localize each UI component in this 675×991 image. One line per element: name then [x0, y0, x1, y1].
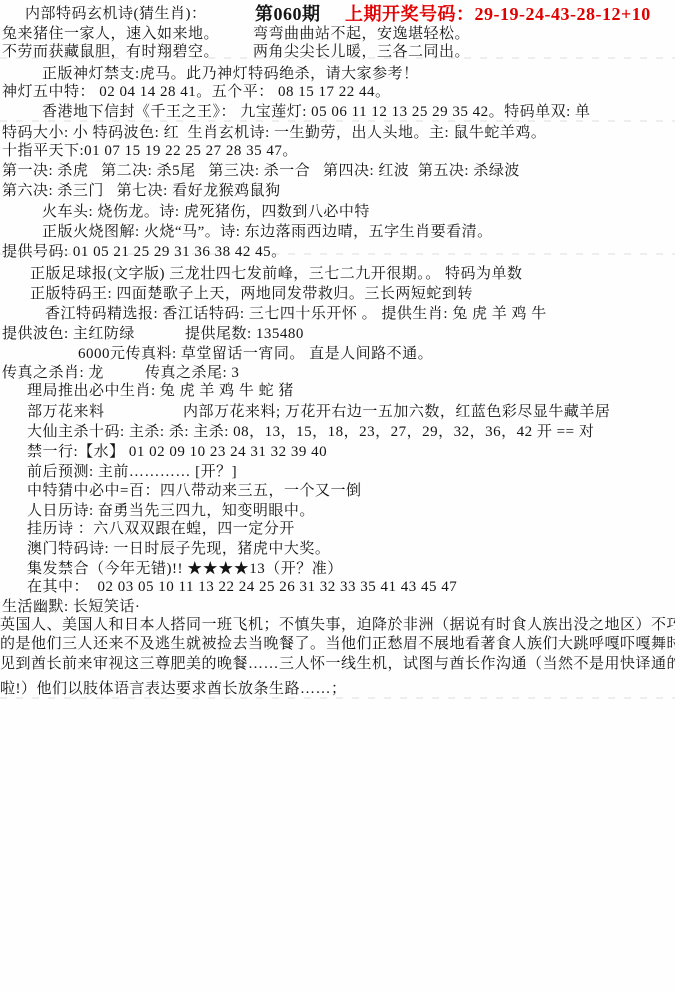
poem-line-2-text: 两角尖尖长儿暖，三各二同出。 [253, 43, 470, 61]
daxian-zhusha-line: 大仙主杀十码: 主杀: 杀: 主杀: 08，13，15，18，23，27，29，… [0, 423, 675, 443]
liju-shengxiao-line: 理局推出必中生肖: 兔 虎 羊 鸡 牛 蛇 猪 [0, 382, 675, 402]
jue-1-5-line: 第一决: 杀虎 第二决: 杀5尾 第三决: 杀一合 第四决: 红波 第五决: 杀… [0, 162, 675, 182]
joke-line-1-text: 英国人、美国人和日本人搭同一班飞机；不慎失事，迫降於非洲（据说有时食人族出没之地… [0, 616, 675, 634]
joke-line-3-text: 见到酋长前来审视这三尊肥美的晚餐……三人怀一线生机，试图与酋长作沟通（当然不是用… [0, 655, 675, 673]
xiangjiang-line: 香江特码精选报: 香江话特码: 三七四十乐开怀 。 提供生肖: 兔 虎 羊 鸡 … [0, 305, 675, 325]
jifa-jinhe-line: 集发禁合（今年无错)!! ★★★★13（开？准） [0, 560, 675, 580]
qianhou-yuce-line-text: 前后预测: 主前………… [开？] [27, 463, 237, 481]
poem-line-1: 兔来猪住一家人，速入如来地。弯弯曲曲站不起，安逸堪轻松。 [0, 25, 675, 45]
shendeng-jinzhi-line-text: 正版神灯禁支:虎马。此乃神灯特码绝杀，请大家参考！ [42, 65, 419, 83]
joke-line-4-text: 啦!）他们以肢体语言表达要求酋长放条生路……； [0, 680, 347, 698]
liju-shengxiao-line-text: 理局推出必中生肖: 兔 虎 羊 鸡 牛 蛇 猪 [27, 382, 294, 400]
chuanzhen-shaxiao-line-text: 传真之杀尾: 3 [145, 364, 239, 382]
tema-daxiao-line-text: 特码大小: 小 特码波色: 红 生肖玄机诗: 一生勤劳，出人头地。主: 鼠牛蛇羊… [2, 124, 546, 142]
joke-line-1: 英国人、美国人和日本人搭同一班飞机；不慎失事，迫降於非洲（据说有时食人族出没之地… [0, 616, 675, 636]
jifa-jinhe-line-text: 集发禁合（今年无错)!! ★★★★13（开？准） [27, 560, 343, 578]
shendeng-wuzhongte-line: 神灯五中特： 02 04 14 28 41。五个平： 08 15 17 22 4… [0, 83, 675, 103]
guali-shi-line: 挂历诗 ：六八双双跟在蝗，四一定分开 [0, 520, 675, 540]
temawang-line-text: 正版特码王: 四面楚歌子上天，两地同发带救归。三长两短蛇到转 [30, 285, 473, 303]
poem-line-2: 不劳而获藏鼠胆，有时翔碧空。两角尖尖长儿暖，三各二同出。 [0, 43, 675, 63]
jue-6-7-line: 第六决: 杀三门 第七决: 看好龙猴鸡鼠狗 [0, 182, 675, 202]
renri-lishi-line-text: 人日历诗: 奋勇当先三四九，知变明眼中。 [27, 502, 315, 520]
huoshao-tujie-line: 正版火烧图解: 火烧“马”。诗: 东边落雨西边晴，五字生肖要看清。 [0, 223, 675, 243]
wanhua-lailiao-line: 部万花来料内部万花来料; 万花开右边一五加六数，红蓝色彩尽显牛藏羊居 [0, 403, 675, 423]
shenghuo-youmo-line: 生活幽默: 长短笑话· [0, 598, 675, 618]
zhongte-caizhong-line: 中特猜中必中=百：四八带动来三五，一个又一倒 [0, 482, 675, 502]
wanhua-lailiao-line-text: 内部万花来料; 万花开右边一五加六数，红蓝色彩尽显牛藏羊居 [183, 403, 610, 421]
tigong-bose-line-text: 提供波色: 主红防绿 [2, 325, 135, 343]
tigong-bose-line-text: 提供尾数: 135480 [185, 325, 304, 343]
temawang-line: 正版特码王: 四面楚歌子上天，两地同发带救归。三长两短蛇到转 [0, 285, 675, 305]
header-line-text: 内部特码玄机诗(猜生肖)： [25, 5, 207, 23]
huochetou-line: 火车头: 烧伤龙。诗: 虎死猪伤，四数到八必中特 [0, 203, 675, 223]
qianhou-yuce-line: 前后预测: 主前………… [开？] [0, 463, 675, 483]
chuanzhen-shaxiao-line-text: 传真之杀肖: 龙 [2, 364, 104, 382]
zuqiubao-line: 正版足球报(文字版) 三龙壮四七发前峰，三七二九开很期。。 特码为单数 [0, 265, 675, 285]
tigong-haoma-line-text: 提供号码: 01 05 21 25 29 31 36 38 42 45。 [2, 243, 287, 261]
shendeng-wuzhongte-line-text: 神灯五中特： 02 04 14 28 41。五个平： 08 15 17 22 4… [2, 83, 391, 101]
shenghuo-youmo-line-text: 生活幽默: 长短笑话· [2, 598, 140, 616]
guali-shi-line-text: 挂历诗 ：六八双双跟在蝗，四一定分开 [27, 520, 295, 538]
joke-line-2-text: 的是他们三人还来不及逃生就被捡去当晚餐了。当他们正愁眉不展地看著食人族们大跳呼嘎… [0, 635, 675, 653]
chuanzhen-6000-line-text: 6000元传真料: 草堂留话一宵同。 直是人间路不通。 [78, 345, 433, 363]
jue-6-7-line-text: 第六决: 杀三门 第七决: 看好龙猴鸡鼠狗 [2, 182, 281, 200]
tema-daxiao-line: 特码大小: 小 特码波色: 红 生肖玄机诗: 一生勤劳，出人头地。主: 鼠牛蛇羊… [0, 124, 675, 144]
jin-yi-hang-line-text: 禁一行:【水】 01 02 09 10 23 24 31 32 39 40 [27, 443, 327, 461]
joke-line-2: 的是他们三人还来不及逃生就被捡去当晚餐了。当他们正愁眉不展地看著食人族们大跳呼嘎… [0, 635, 675, 655]
shizhi-pingtianxia-line: 十指平天下:01 07 15 19 22 25 27 28 35 47。 [0, 142, 675, 162]
header-line-text: 第060期 [255, 5, 321, 23]
zaiqizhong-line-text: 在其中： 02 03 05 10 11 13 22 24 25 26 31 32… [27, 578, 457, 596]
joke-line-3: 见到酋长前来审视这三尊肥美的晚餐……三人怀一线生机，试图与酋长作沟通（当然不是用… [0, 655, 675, 675]
lottery-tip-sheet-page: 内部特码玄机诗(猜生肖)：第060期上期开奖号码：29-19-24-43-28-… [0, 0, 675, 991]
zaiqizhong-line: 在其中： 02 03 05 10 11 13 22 24 25 26 31 32… [0, 578, 675, 598]
poem-line-1-text: 弯弯曲曲站不起，安逸堪轻松。 [253, 25, 470, 43]
huoshao-tujie-line-text: 正版火烧图解: 火烧“马”。诗: 东边落雨西边晴，五字生肖要看清。 [42, 223, 493, 241]
zhongte-caizhong-line-text: 中特猜中必中=百：四八带动来三五，一个又一倒 [27, 482, 361, 500]
tigong-haoma-line: 提供号码: 01 05 21 25 29 31 36 38 42 45。 [0, 243, 675, 263]
hongkong-envelope-line: 香港地下信封《千王之王》： 九宝莲灯: 05 06 11 12 13 25 29… [0, 103, 675, 123]
joke-line-4: 啦!）他们以肢体语言表达要求酋长放条生路……； [0, 680, 675, 700]
jin-yi-hang-line: 禁一行:【水】 01 02 09 10 23 24 31 32 39 40 [0, 443, 675, 463]
shendeng-jinzhi-line: 正版神灯禁支:虎马。此乃神灯特码绝杀，请大家参考！ [0, 65, 675, 85]
poem-line-1-text: 兔来猪住一家人，速入如来地。 [2, 25, 219, 43]
renri-lishi-line: 人日历诗: 奋勇当先三四九，知变明眼中。 [0, 502, 675, 522]
xiangjiang-line-text: 香江特码精选报: 香江话特码: 三七四十乐开怀 。 提供生肖: 兔 虎 羊 鸡 … [45, 305, 547, 323]
wanhua-lailiao-line-text: 部万花来料 [27, 403, 105, 421]
daxian-zhusha-line-text: 大仙主杀十码: 主杀: 杀: 主杀: 08，13，15，18，23，27，29，… [27, 423, 594, 441]
poem-line-2-text: 不劳而获藏鼠胆，有时翔碧空。 [2, 43, 219, 61]
chuanzhen-shaxiao-line: 传真之杀肖: 龙传真之杀尾: 3 [0, 364, 675, 384]
chuanzhen-6000-line: 6000元传真料: 草堂留话一宵同。 直是人间路不通。 [0, 345, 675, 365]
header-line: 内部特码玄机诗(猜生肖)：第060期上期开奖号码：29-19-24-43-28-… [0, 5, 675, 25]
shizhi-pingtianxia-line-text: 十指平天下:01 07 15 19 22 25 27 28 35 47。 [2, 142, 298, 160]
huochetou-line-text: 火车头: 烧伤龙。诗: 虎死猪伤，四数到八必中特 [42, 203, 370, 221]
aomen-temashi-line: 澳门特码诗: 一日时辰子先现，猪虎中大奖。 [0, 540, 675, 560]
zuqiubao-line-text: 正版足球报(文字版) 三龙壮四七发前峰，三七二九开很期。。 特码为单数 [30, 265, 523, 283]
hongkong-envelope-line-text: 香港地下信封《千王之王》： 九宝莲灯: 05 06 11 12 13 25 29… [42, 103, 591, 121]
aomen-temashi-line-text: 澳门特码诗: 一日时辰子先现，猪虎中大奖。 [27, 540, 330, 558]
tigong-bose-line: 提供波色: 主红防绿提供尾数: 135480 [0, 325, 675, 345]
jue-1-5-line-text: 第一决: 杀虎 第二决: 杀5尾 第三决: 杀一合 第四决: 红波 第五决: 杀… [2, 162, 520, 180]
header-line-text: 上期开奖号码：29-19-24-43-28-12+10 [345, 5, 651, 23]
